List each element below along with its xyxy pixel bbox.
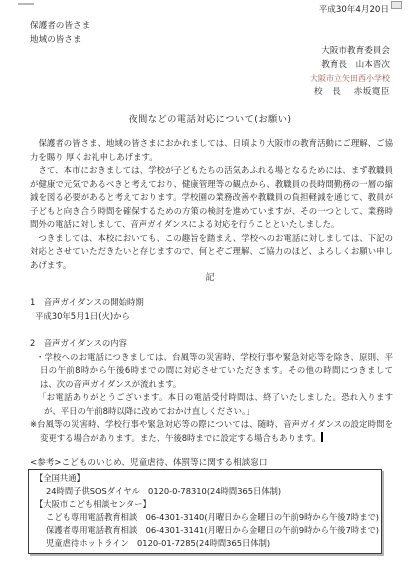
- body-paragraph-greeting: 保護者の皆さま、地域の皆さまにおかれましては、日頃より大阪市の教育活動にご理解、…: [30, 137, 393, 164]
- sender-org: 大阪市教育委員会: [310, 45, 390, 59]
- reference-row-guardian-phone: 保護者専用電話教育相談 06-4301-3141(月曜日から金曜日の午前9時から…: [29, 524, 381, 537]
- recipient-line-community: 地域の皆さま: [30, 34, 90, 48]
- text-cursor: [321, 432, 323, 442]
- record-separator: 記: [0, 270, 420, 283]
- body-paragraph-background: さて、本市におきましては、学校が子どもたちの活気あふれる場となるためには、まず教…: [30, 164, 393, 232]
- guidance-quote-text: 「お電話ありがとうございます。本日の電話受付時間は、終了いたしました。恐れ入りま…: [30, 391, 393, 418]
- sender-superintendent: 教育長 山本晋次: [310, 59, 390, 73]
- reference-row-osaka-center: 【大阪市こども相談センター】: [29, 498, 381, 511]
- page-corner-mark-left: [18, 3, 34, 5]
- sender-principal: 校 長 赤坂寛臣: [310, 86, 390, 100]
- body-paragraph-request: つきましては、本校においても、この趣旨を踏まえ、学校へのお電話に対しましては、下…: [30, 232, 393, 273]
- reference-row-sos-dial: 24時間子供SOSダイヤル 0120-0-78310(24時間365日体制): [29, 485, 381, 498]
- section-guidance-start: 1 音声ガイダンスの開始時期 平成30年5月1日(火)から: [30, 296, 393, 323]
- guidance-note-body: ※台風等の災害時、学校行事や緊急対応等の際については、随時、音声ガイダンスの設定…: [30, 419, 393, 443]
- reference-box: 【全国共通】 24時間子供SOSダイヤル 0120-0-78310(24時間36…: [28, 469, 382, 554]
- recipient-line-guardians: 保護者の皆さま: [30, 20, 90, 34]
- reference-row-abuse-hotline: 児童虐待ホットライン 0120-01-7285(24時間365日体制): [29, 537, 381, 550]
- section-guidance-content: 2 音声ガイダンスの内容 ・学校へのお電話につきましては、台風等の災害時、学校行…: [30, 337, 393, 445]
- document-page[interactable]: 平成30年4月20日 保護者の皆さま 地域の皆さま 大阪市教育委員会 教育長 山…: [0, 0, 420, 562]
- sender-school: 大阪市立矢田西小学校: [310, 72, 390, 86]
- sender-block: 大阪市教育委員会 教育長 山本晋次 大阪市立矢田西小学校 校 長 赤坂寛臣: [310, 45, 390, 99]
- page-title: 夜間などの電話対応について(お願い): [0, 111, 420, 125]
- page-corner-mark-right: [391, 1, 402, 9]
- body-text: 保護者の皆さま、地域の皆さまにおかれましては、日頃より大阪市の教育活動にご理解、…: [30, 137, 393, 272]
- reference-row-nationwide: 【全国共通】: [29, 472, 381, 485]
- reference-heading: <参考>こどものいじめ、児童虐待、体罰等に関する相談窓口: [30, 456, 268, 468]
- section-2-heading: 2 音声ガイダンスの内容: [30, 337, 393, 351]
- section-1-heading: 1 音声ガイダンスの開始時期: [30, 296, 393, 310]
- guidance-note-text: ※台風等の災害時、学校行事や緊急対応等の際については、随時、音声ガイダンスの設定…: [30, 418, 393, 445]
- guidance-policy-text: ・学校へのお電話につきましては、台風等の災害時、学校行事や緊急対応等を除き、原則…: [30, 351, 393, 392]
- reference-row-child-phone: こども専用電話教育相談 06-4301-3140(月曜日から金曜日の午前9時から…: [29, 511, 381, 524]
- recipients-block: 保護者の皆さま 地域の皆さま: [30, 20, 90, 47]
- date-line: 平成30年4月20日: [319, 4, 389, 18]
- section-1-start-date: 平成30年5月1日(火)から: [30, 310, 393, 324]
